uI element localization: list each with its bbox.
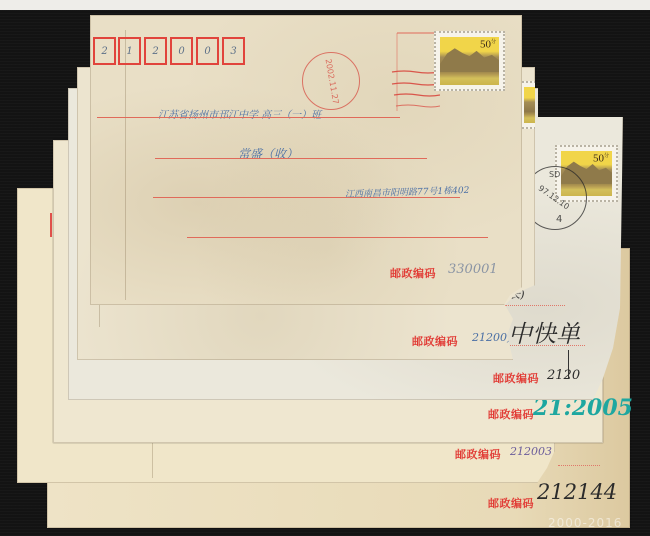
postal-code-label: 邮政编码 (488, 495, 534, 511)
watermark: 2000-2016 (548, 516, 622, 530)
postal-code-digit: 2 (144, 37, 167, 65)
envelope-front: 2 1 2 0 0 3 2002.11.27 50分 江苏省扬州市邗江中学 高三… (90, 15, 522, 305)
stamp-value-unit: 分 (604, 154, 609, 159)
postmark-top: SD (549, 170, 560, 179)
postal-code-label: 邮政编码 (488, 406, 534, 422)
stamp-value: 50分 (480, 38, 496, 51)
postal-code-value: 21200) (472, 331, 511, 344)
fold-line (125, 30, 126, 300)
stamp-value-unit: 分 (491, 40, 496, 45)
postmark-date: 2002.11.27 (323, 58, 340, 105)
postal-code-value: 212144 (537, 480, 617, 504)
postal-code-label: 邮政编码 (412, 333, 458, 349)
stamp-value: 50分 (593, 152, 609, 165)
address-line-2 (155, 158, 427, 159)
envelope-stack-photo: 邮政编码 212144 邮政编码 212003 邮政编码 21:2005 50分… (0, 0, 650, 536)
handwritten-note-large: 中快单 (508, 314, 580, 349)
address-line-3 (153, 197, 460, 198)
postal-code-digit: 0 (196, 37, 219, 65)
postal-code-digit: 0 (170, 37, 193, 65)
address-line-1 (97, 117, 400, 118)
recipient-address: 江苏省扬州市邗江中学 高三（一）班 (158, 106, 321, 121)
postmark-date: 97.12.10 (537, 184, 571, 212)
address-line (558, 465, 600, 466)
postal-code-digit: 1 (118, 37, 141, 65)
postmark-red: 2002.11.27 (302, 52, 360, 110)
postal-code-digit: 2 (93, 37, 116, 65)
postal-code-label: 邮政编码 (390, 265, 436, 281)
postmark-bottom: 4 (556, 214, 562, 225)
address-line-4 (187, 237, 488, 238)
stamp-value-number: 50 (480, 39, 491, 51)
postal-code-label: 邮政编码 (493, 370, 539, 386)
postal-code-value: 212003 (510, 445, 552, 458)
stamp-picture (524, 87, 536, 123)
top-edge-strip (0, 0, 650, 10)
postage-stamp: 50分 (434, 31, 505, 91)
address-line (505, 305, 565, 306)
stamp-mountain-picture: 50分 (440, 37, 499, 85)
stamp-value-number: 50 (593, 153, 604, 165)
postal-code-label: 邮政编码 (455, 446, 501, 462)
postal-code-value: 2120 (547, 368, 580, 383)
red-edge-mark (50, 213, 52, 237)
machine-cancel-lines (390, 31, 440, 113)
recipient-name: 常盛（收） (238, 145, 298, 162)
postal-code-digit: 3 (222, 37, 245, 65)
sender-postal-code: 330001 (448, 262, 498, 277)
